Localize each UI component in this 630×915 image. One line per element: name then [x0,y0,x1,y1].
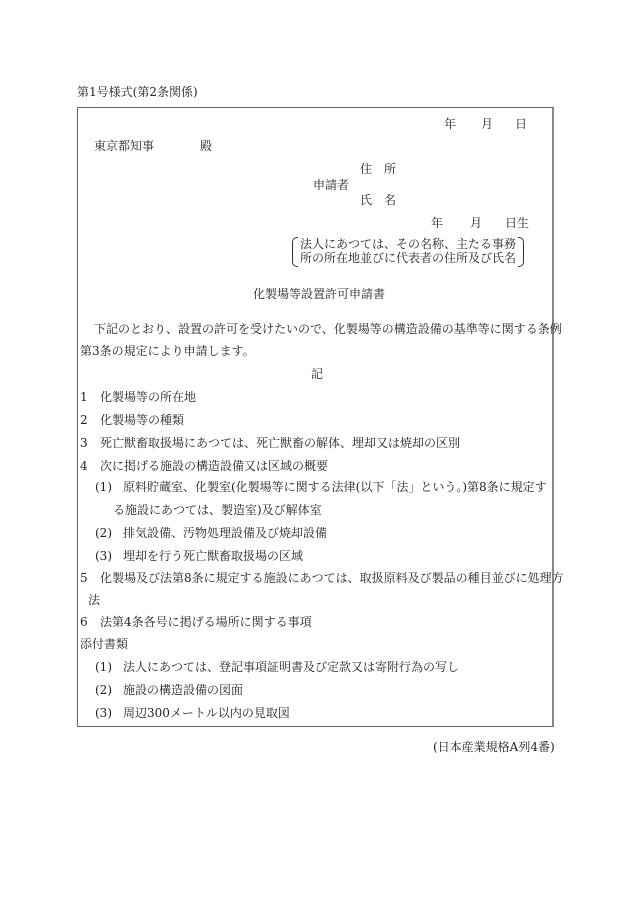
form-number-label: 第1号様式(第2条関係) [77,85,198,99]
sub-item: (2)排気設備、汚物処理設備及び焼却設備 [95,526,327,540]
sub-item-text: 排気設備、汚物処理設備及び焼却設備 [123,526,327,540]
body-line-1: 下記のとおり、設置の許可を受けたいので、化製場等の構造設備の基準等に関する条例 [94,322,562,336]
item-number: 6 [80,615,100,629]
attachment-item: (3)周辺300メートル以内の見取図 [95,706,290,720]
sub-item: (1)原料貯蔵室、化製室(化製場等に関する法律(以下「法」という。)第8条に規定… [95,480,547,494]
attachment-number: (1) [95,660,123,674]
corporate-note-line-2: 所の所在地並びに代表者の住所及び氏名 [300,251,516,265]
attachment-number: (3) [95,706,123,720]
attachments-heading: 添付書類 [80,637,128,651]
addressee: 東京都知事 [94,139,154,153]
attachment-text: 周辺300メートル以内の見取図 [123,706,290,720]
item-number: 5 [80,571,100,585]
applicant-label: 申請者 [313,178,349,192]
date-month: 月 [481,117,493,131]
item-number: 3 [80,436,100,450]
item-continuation: 法 [88,593,100,607]
addressee-honorific: 殿 [200,139,212,153]
list-item: 4次に掲げる施設の構造設備又は区域の概要 [80,459,328,473]
list-item: 5化製場及び法第8条に規定する施設にあつては、取扱原料及び製品の種目並びに処理方 [80,571,564,585]
body-line-2: 第3条の規定により申請します。 [80,344,255,358]
item-number: 4 [80,459,100,473]
attachment-number: (2) [95,683,123,697]
list-item: 1化製場等の所在地 [80,390,196,404]
sub-item-text: 埋却を行う死亡獣畜取扱場の区域 [123,549,303,563]
corporate-note: 法人にあつては、その名称、主たる事務 所の所在地並びに代表者の住所及び氏名 [292,237,524,267]
date-day: 日 [515,117,527,131]
sub-item: (3)埋却を行う死亡獣畜取扱場の区域 [95,549,303,563]
sub-item-number: (3) [95,549,123,563]
list-item: 6法第4条各号に掲げる場所に関する事項 [80,615,312,629]
document-title-text: 化製場等設置許可申請書 [253,287,385,301]
item-text: 法第4条各号に掲げる場所に関する事項 [100,615,312,629]
item-number: 2 [80,413,100,427]
sub-item-number: (2) [95,526,123,540]
sub-item-continuation: る施設にあつては、製造室)及び解体室 [113,503,322,517]
item-text: 死亡獣畜取扱場にあつては、死亡獣畜の解体、埋却又は焼却の区別 [100,436,460,450]
birth-month: 月 [470,216,482,230]
birth-day: 日生 [505,216,529,230]
list-item: 3死亡獣畜取扱場にあつては、死亡獣畜の解体、埋却又は焼却の区別 [80,436,460,450]
paper-size-note: (日本産業規格A列4番) [433,740,555,754]
right-bracket [518,237,524,267]
list-item: 2化製場等の種類 [80,413,184,427]
document-title: 化製場等設置許可申請書 [0,287,630,301]
corporate-note-line-1: 法人にあつては、その名称、主たる事務 [300,237,516,251]
attachment-item: (2)施設の構造設備の図面 [95,683,243,697]
item-text: 化製場等の種類 [100,413,184,427]
ki-text: 記 [311,367,323,381]
name-label: 氏 名 [360,193,396,207]
attachment-item: (1)法人にあつては、登記事項証明書及び定款又は寄附行為の写し [95,660,459,674]
birth-year: 年 [431,216,443,230]
item-text: 化製場等の所在地 [100,390,196,404]
attachment-text: 施設の構造設備の図面 [123,683,243,697]
ki-heading: 記 [0,367,630,381]
item-text: 次に掲げる施設の構造設備又は区域の概要 [100,459,328,473]
attachment-text: 法人にあつては、登記事項証明書及び定款又は寄附行為の写し [123,660,459,674]
sub-item-number: (1) [95,480,123,494]
item-text: 化製場及び法第8条に規定する施設にあつては、取扱原料及び製品の種目並びに処理方 [100,571,564,585]
date-year: 年 [444,117,456,131]
sub-item-text: 原料貯蔵室、化製室(化製場等に関する法律(以下「法」という。)第8条に規定す [123,480,547,494]
address-label: 住 所 [360,162,396,176]
item-number: 1 [80,390,100,404]
